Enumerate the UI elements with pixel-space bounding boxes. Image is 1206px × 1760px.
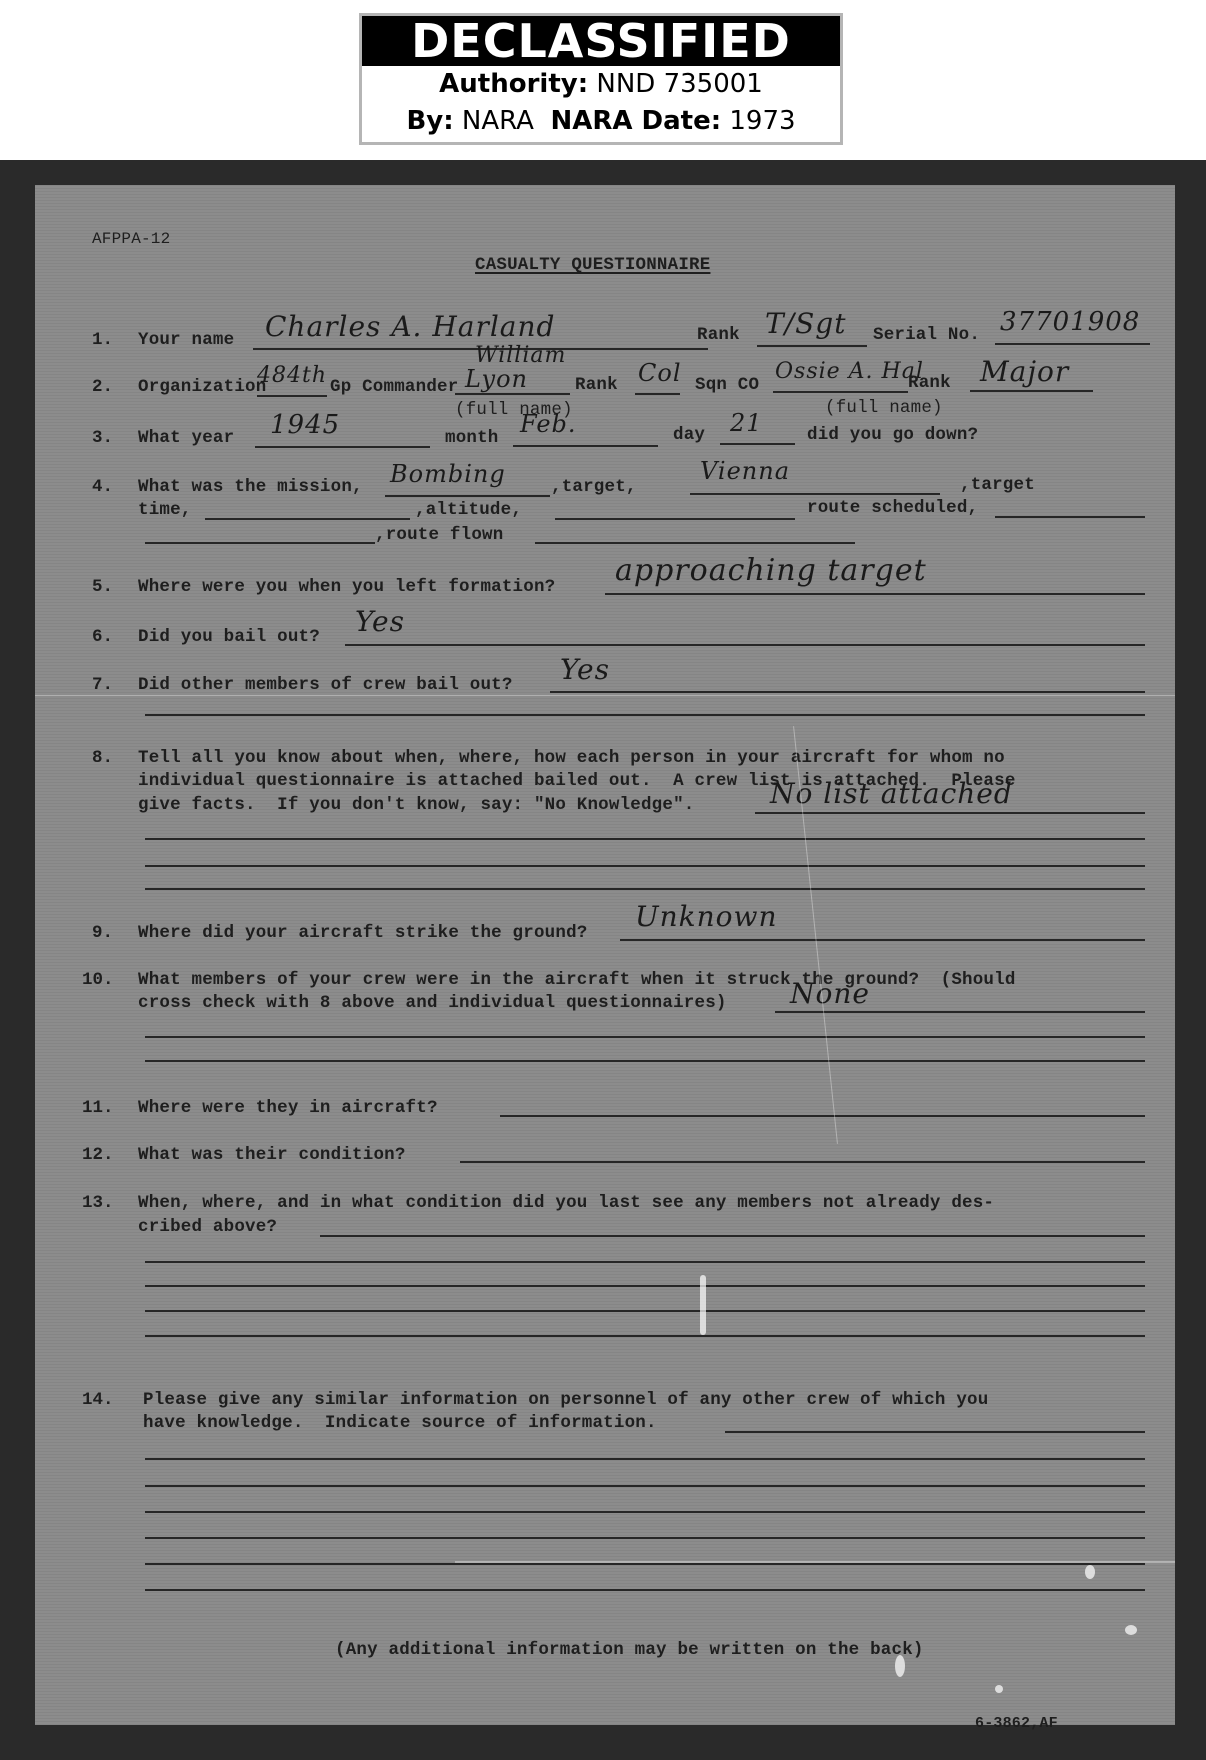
q12-line[interactable] [460, 1161, 1145, 1163]
q14-number: 14. [82, 1390, 114, 1410]
q2-rank2-value[interactable]: Major [980, 355, 1069, 388]
q4-number: 4. [92, 477, 113, 497]
q3-day-value[interactable]: 21 [730, 409, 763, 437]
scan-scratch [35, 695, 1175, 696]
q1-serial-line [995, 343, 1150, 345]
q3-day-line [720, 443, 795, 445]
authority-label: Authority: [439, 69, 588, 99]
q14-answer-line[interactable] [725, 1431, 1145, 1433]
q1-serial-label: Serial No. [873, 325, 980, 345]
q10-number: 10. [82, 970, 114, 990]
q3-year-line [255, 446, 430, 448]
scan-speck [1085, 1565, 1095, 1579]
date-value: 1973 [729, 106, 795, 136]
by-label: By: [406, 106, 453, 136]
q2-number: 2. [92, 377, 113, 397]
q13-line-a[interactable] [145, 1261, 1145, 1263]
q9-label: Where did your aircraft strike the groun… [138, 923, 587, 943]
q4-route-scheduled-label: route scheduled, [807, 498, 978, 518]
q9-number: 9. [92, 923, 113, 943]
q14-line1: Please give any similar information on p… [143, 1390, 988, 1410]
q5-label: Where were you when you left formation? [138, 577, 555, 597]
q1-serial-value[interactable]: 37701908 [1000, 307, 1140, 337]
q13-line-d[interactable] [145, 1335, 1145, 1337]
stamp-authority: Authority: NND 735001 [362, 66, 840, 103]
q7-line-2[interactable] [145, 714, 1145, 716]
q4-target-line [690, 493, 940, 495]
q13-line2: cribed above? [138, 1217, 277, 1237]
q7-label: Did other members of crew bail out? [138, 675, 513, 695]
q5-value[interactable]: approaching target [615, 553, 927, 588]
scan-speck [895, 1655, 905, 1677]
q2-gp-label: Gp Commander [330, 377, 458, 397]
q6-line [345, 644, 1145, 646]
q3-day-label: day [673, 425, 705, 445]
q13-number: 13. [82, 1193, 114, 1213]
q8-answer-line [755, 812, 1145, 814]
q14-line-d[interactable] [145, 1537, 1145, 1539]
q5-number: 5. [92, 577, 113, 597]
q3-month-value[interactable]: Feb. [520, 410, 577, 438]
q4-route-scheduled-line[interactable] [995, 516, 1145, 518]
q4-route-scheduled-line-2[interactable] [145, 542, 375, 544]
q13-line-b[interactable] [145, 1285, 1145, 1287]
q1-rank-value[interactable]: T/Sgt [765, 307, 846, 340]
scan-speck [1125, 1625, 1137, 1635]
q14-line-b[interactable] [145, 1485, 1145, 1487]
q4-altitude-line[interactable] [555, 518, 795, 520]
q10-answer-line [775, 1011, 1145, 1013]
q5-line [605, 593, 1145, 595]
stamp-heading: DECLASSIFIED [362, 16, 840, 66]
q2-rank-line [635, 393, 680, 395]
q7-number: 7. [92, 675, 113, 695]
q4-target-time-label: ,target [960, 475, 1035, 495]
q13-line-c[interactable] [145, 1310, 1145, 1312]
declassified-stamp: DECLASSIFIED Authority: NND 735001 By: N… [359, 13, 843, 145]
q2-rank-value[interactable]: Col [638, 359, 682, 387]
q2-sqn-label: Sqn CO [695, 375, 759, 395]
q2-org-line [257, 395, 327, 397]
form-number: 6-3862,AF [975, 1715, 1058, 1732]
q4-target-label: ,target, [551, 477, 637, 497]
q4-route-flown-label: ,route flown [375, 525, 503, 545]
q8-line3: give facts. If you don't know, say: "No … [138, 795, 695, 815]
q3-tail: did you go down? [807, 425, 978, 445]
q2-sqn-full-name-note: (full name) [825, 398, 943, 418]
q4-time-line[interactable] [205, 518, 410, 520]
stamp-by: By: NARA NARA Date: 1973 [362, 103, 840, 140]
q2-gp-value[interactable]: Lyon [465, 365, 528, 393]
q10-line-a[interactable] [145, 1036, 1145, 1038]
q11-line[interactable] [500, 1115, 1145, 1117]
q2-rank-label: Rank [575, 375, 618, 395]
q1-name-value[interactable]: Charles A. Harland [265, 310, 555, 343]
by-value: NARA [462, 106, 534, 136]
q3-year-label: What year [138, 428, 234, 448]
q1-rank-line [757, 345, 867, 347]
footer-note: (Any additional information may be writt… [335, 1640, 924, 1660]
q8-value[interactable]: No list attached [770, 777, 1013, 810]
q12-number: 12. [82, 1145, 114, 1165]
q4-time-label: time, [138, 500, 192, 520]
q2-sqn-value[interactable]: Ossie A. Hal [775, 359, 924, 384]
q4-mission-line [385, 495, 550, 497]
form-code: AFPPA-12 [92, 230, 170, 248]
authority-value: NND 735001 [596, 69, 762, 99]
q14-line-f[interactable] [145, 1589, 1145, 1591]
q14-line2: have knowledge. Indicate source of infor… [143, 1413, 657, 1433]
q8-line-b[interactable] [145, 865, 1145, 867]
q10-line1: What members of your crew were in the ai… [138, 970, 1016, 990]
q4-target-value[interactable]: Vienna [700, 457, 790, 485]
q4-mission-label: What was the mission, [138, 477, 363, 497]
scan-speck [700, 1275, 706, 1335]
q4-altitude-label: ,altitude, [415, 500, 522, 520]
q10-line-b[interactable] [145, 1060, 1145, 1062]
scan-speck [995, 1685, 1003, 1693]
q8-line-a[interactable] [145, 838, 1145, 840]
document-page: AFPPA-12 CASUALTY QUESTIONNAIRE 1. Your … [35, 185, 1175, 1725]
q11-number: 11. [82, 1098, 114, 1118]
q2-label: Organization [138, 377, 266, 397]
form-title: CASUALTY QUESTIONNAIRE [475, 255, 710, 275]
q3-month-line [513, 445, 658, 447]
q2-sqn-line [773, 391, 908, 393]
q2-rank2-line [970, 390, 1093, 392]
q13-line1: When, where, and in what condition did y… [138, 1193, 994, 1213]
scan-scratch [455, 1561, 1175, 1563]
q11-label: Where were they in aircraft? [138, 1098, 438, 1118]
q14-line-a[interactable] [145, 1458, 1145, 1460]
q13-answer-line[interactable] [320, 1235, 1145, 1237]
q4-mission-value[interactable]: Bombing [390, 460, 506, 488]
q9-value[interactable]: Unknown [635, 900, 778, 933]
q3-number: 3. [92, 428, 113, 448]
q1-number: 1. [92, 330, 113, 350]
q2-gp-line [455, 393, 570, 395]
q8-line-c[interactable] [145, 888, 1145, 890]
q9-line [620, 939, 1145, 941]
q10-value[interactable]: None [790, 977, 870, 1010]
q1-rank-label: Rank [697, 325, 740, 345]
q6-value[interactable]: Yes [355, 605, 405, 638]
q7-line [550, 691, 1145, 693]
q2-org-value[interactable]: 484th [257, 363, 327, 388]
q3-year-value[interactable]: 1945 [270, 410, 340, 440]
date-label: NARA Date: [550, 106, 721, 136]
q8-number: 8. [92, 748, 113, 768]
q7-value[interactable]: Yes [560, 653, 610, 686]
q4-route-flown-line[interactable] [535, 542, 855, 544]
q3-month-label: month [445, 428, 499, 448]
q10-line2: cross check with 8 above and individual … [138, 993, 727, 1013]
q8-line1: Tell all you know about when, where, how… [138, 748, 1005, 768]
q14-line-c[interactable] [145, 1511, 1145, 1513]
q6-label: Did you bail out? [138, 627, 320, 647]
q14-line-e[interactable] [145, 1563, 1145, 1565]
q6-number: 6. [92, 627, 113, 647]
q1-label: Your name [138, 330, 234, 350]
q12-label: What was their condition? [138, 1145, 406, 1165]
q2-rank2-label: Rank [908, 373, 951, 393]
